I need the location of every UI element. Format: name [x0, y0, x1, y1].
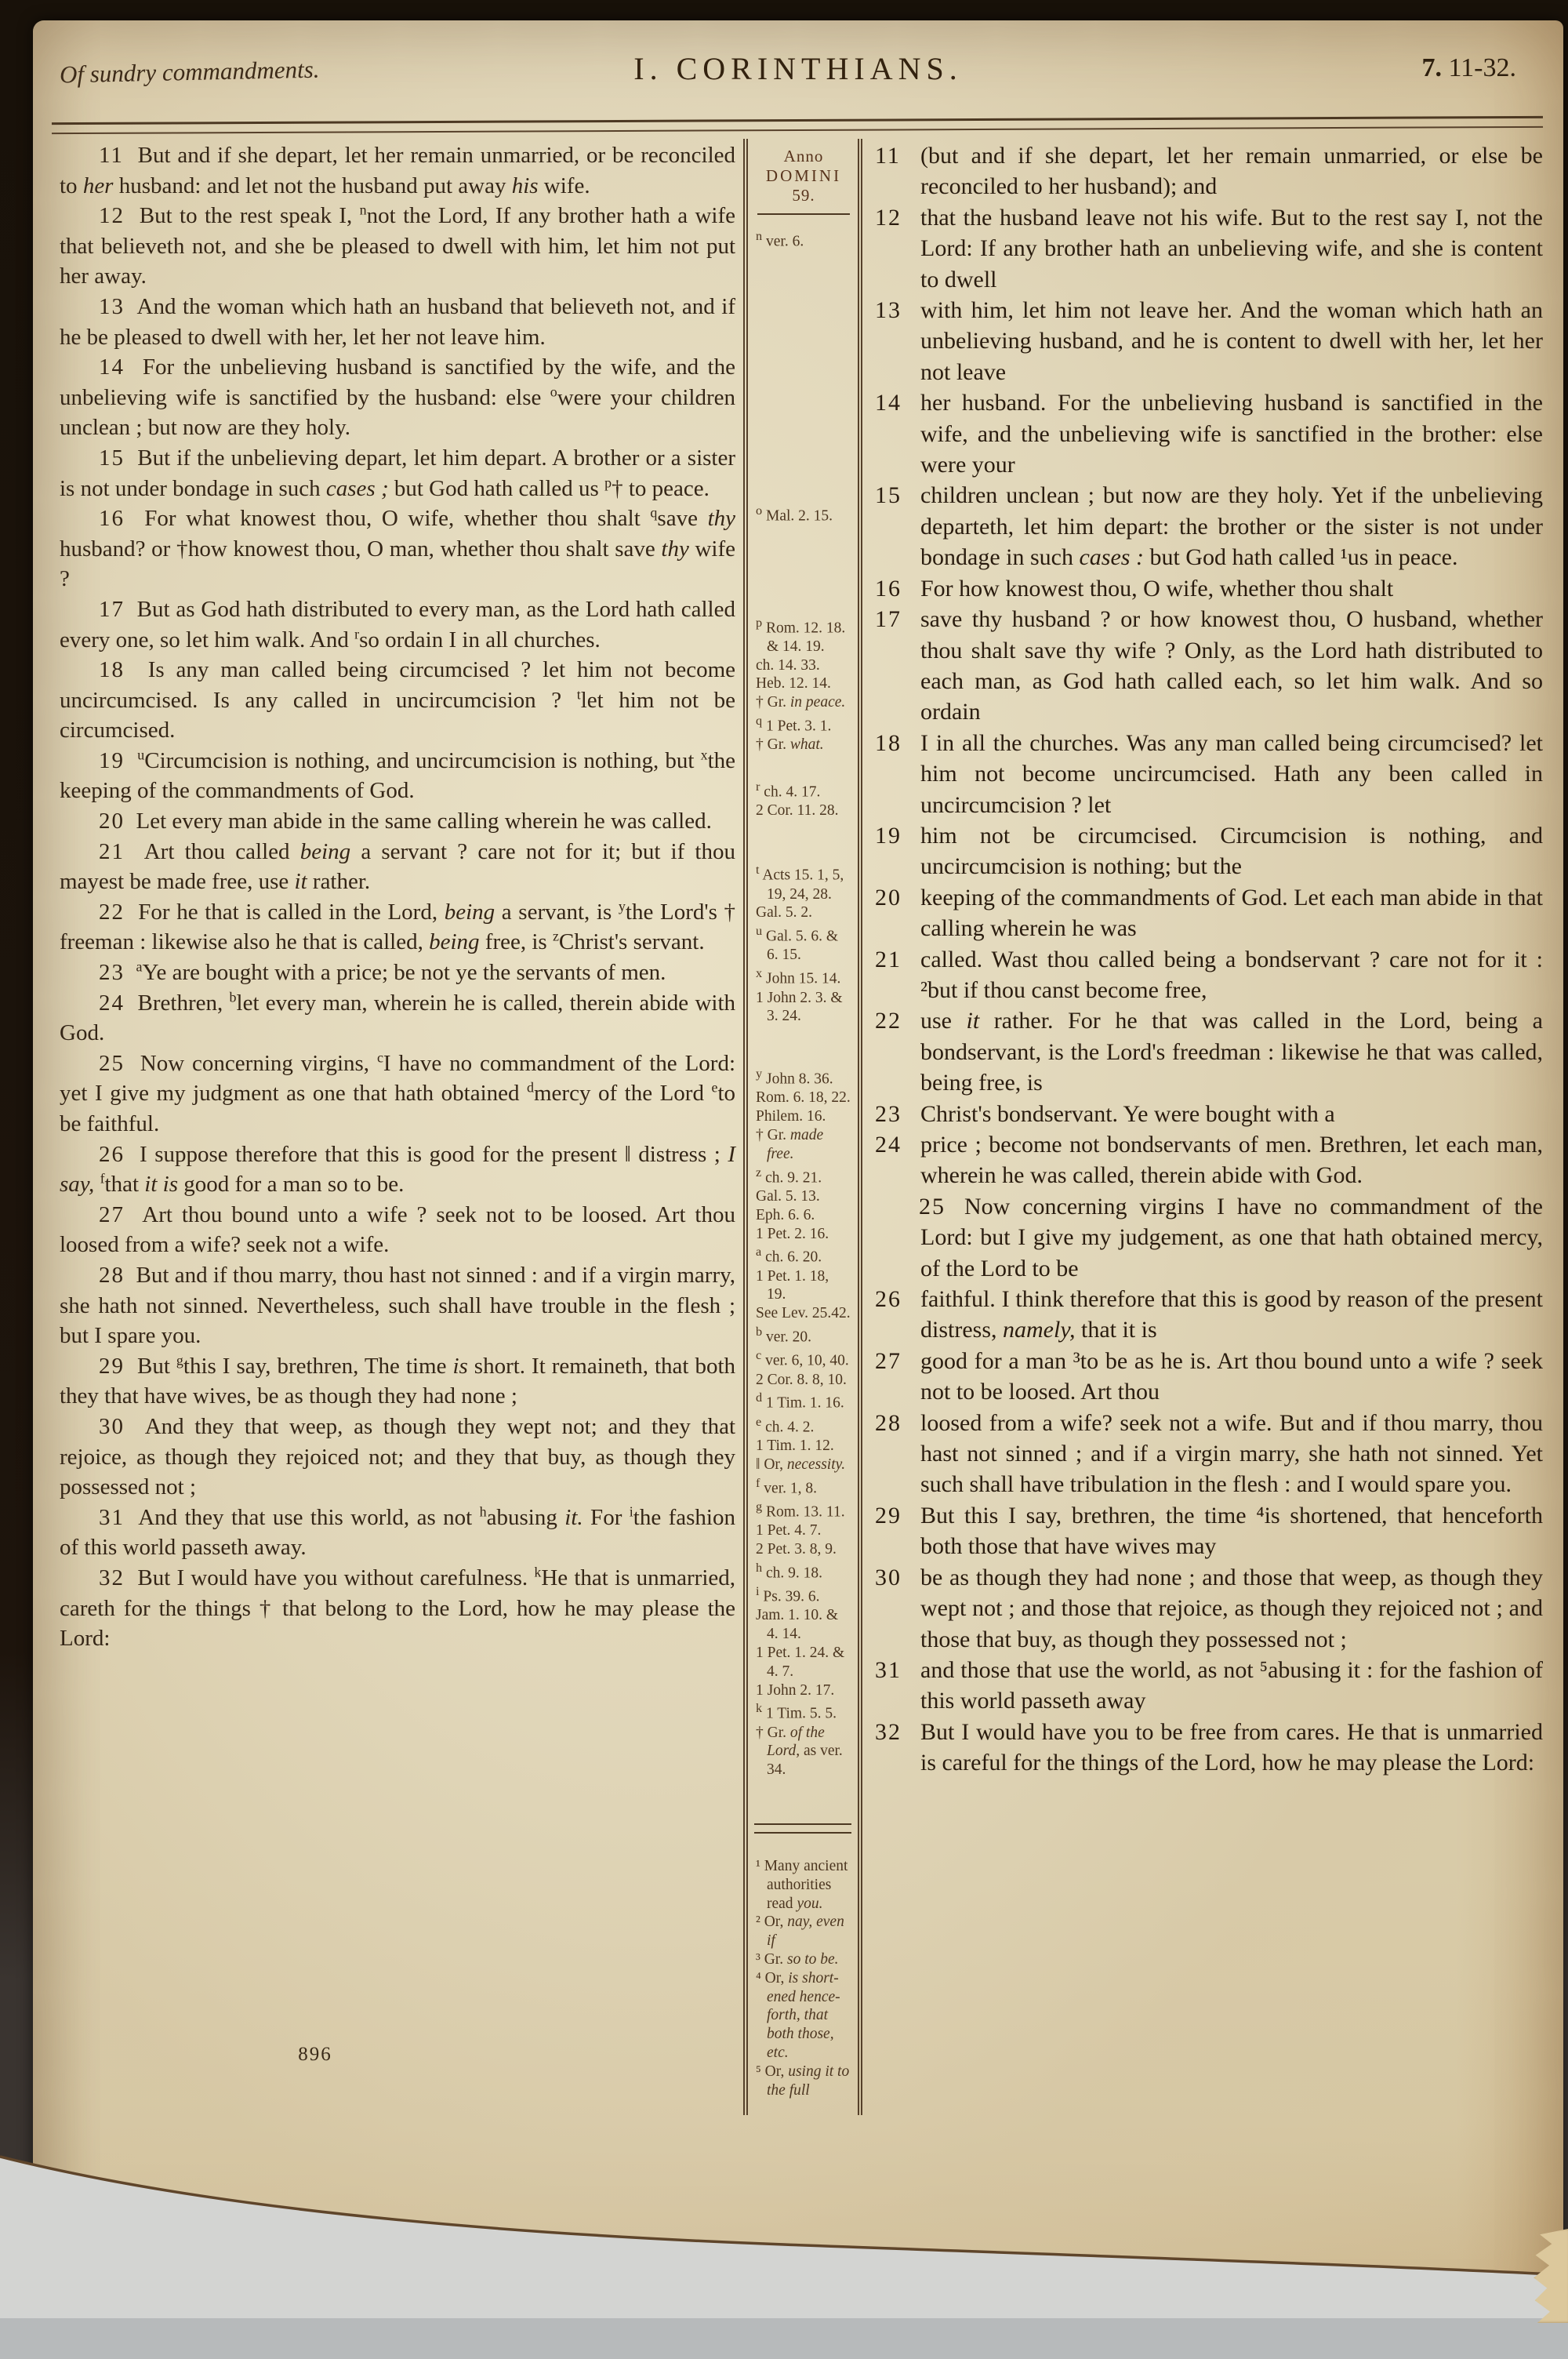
anno-domini-heading: AnnoDOMINI59. — [756, 144, 851, 205]
scanned-bible-page-photo: Of sundry commandments. I. CORINTHIANS. … — [0, 0, 1568, 2359]
margin-note: e ch. 4. 2. — [756, 1413, 851, 1437]
kjv-column: 11 But and if she depart, let her remain… — [56, 139, 743, 2115]
margin-note-group: n ver. 6. — [756, 227, 851, 251]
margin-note: ² Or, nay, even if — [756, 1913, 851, 1950]
margin-note: † Gr. of the Lord, as ver. 34. — [756, 1724, 851, 1779]
margin-note: y John 8. 36. — [756, 1065, 851, 1089]
rv-verse: 19him not be circumcised. Circumcision i… — [875, 820, 1543, 882]
rv-verse: 23Christ's bondservant. Ye were bought w… — [875, 1099, 1543, 1129]
kjv-verse: 16 For what knowest thou, O wife, whethe… — [60, 503, 735, 594]
margin-reference-column: AnnoDOMINI59. n ver. 6.o Mal. 2. 15.p Ro… — [743, 139, 862, 2115]
margin-note: k 1 Tim. 5. 5. — [756, 1699, 851, 1723]
rv-verse: 11(but and if she depart, let her remain… — [875, 140, 1543, 202]
verse-range: 11-32. — [1448, 53, 1516, 82]
kjv-verse: 18 Is any man called being circumcised ?… — [60, 655, 735, 746]
margin-note: Gal. 5. 13. — [756, 1187, 851, 1206]
kjv-verse: 20 Let every man abide in the same calli… — [60, 806, 735, 837]
margin-note: h ch. 9. 18. — [756, 1559, 851, 1583]
margin-note: 1 John 2. 17. — [756, 1681, 851, 1700]
rv-verse: 24price ; become not bondservants of men… — [875, 1129, 1543, 1191]
under-page-edge — [0, 2039, 1568, 2359]
margin-note-group: o Mal. 2. 15. — [756, 502, 851, 525]
kjv-verse: 19 uCircumcision is nothing, and uncircu… — [60, 746, 735, 806]
margin-note: 2 Cor. 8. 8, 10. — [756, 1371, 851, 1390]
margin-note: 1 Pet. 4. 7. — [756, 1521, 851, 1540]
chapter-verse-range: 7. 11-32. — [1421, 53, 1516, 83]
kjv-verse: 24 Brethren, blet every man, wherein he … — [60, 988, 735, 1049]
margin-note: See Lev. 25.42. — [756, 1304, 851, 1323]
margin-divider-rule — [754, 1823, 851, 1834]
rv-verse: 28loosed from a wife? seek not a wife. B… — [875, 1408, 1543, 1500]
margin-note: † Gr. made free. — [756, 1126, 851, 1164]
margin-note: ‖ Or, necessity. — [756, 1456, 851, 1474]
margin-note: 2 Cor. 11. 28. — [756, 801, 851, 820]
margin-note: u Gal. 5. 6. & 6. 15. — [756, 922, 851, 965]
rv-verse: 12that the husband leave not his wife. B… — [875, 202, 1543, 295]
rv-verse: 16For how knowest thou, O wife, whether … — [875, 573, 1543, 604]
margin-note: d 1 Tim. 1. 16. — [756, 1389, 851, 1412]
margin-note: i Ps. 39. 6. — [756, 1583, 851, 1606]
margin-note: r ch. 4. 17. — [756, 778, 851, 801]
kjv-verse: 31 And they that use this world, as not … — [60, 1503, 735, 1563]
margin-note: ch. 14. 33. — [756, 656, 851, 675]
kjv-verse: 15 But if the unbelieving depart, let hi… — [60, 443, 735, 503]
margin-note: x John 15. 14. — [756, 965, 851, 988]
kjv-verse: 29 But gthis I say, brethren, The time i… — [60, 1351, 735, 1412]
rv-verse: 31and those that use the world, as not ⁵… — [875, 1655, 1543, 1717]
margin-note: Philem. 16. — [756, 1107, 851, 1126]
margin-notes: n ver. 6.o Mal. 2. 15.p Rom. 12. 18. & 1… — [756, 227, 851, 2099]
rv-verse: 22use it rather. For he that was called … — [875, 1005, 1543, 1098]
margin-note: c ver. 6, 10, 40. — [756, 1347, 851, 1370]
margin-note: f ver. 1, 8. — [756, 1474, 851, 1498]
margin-note: Heb. 12. 14. — [756, 674, 851, 693]
margin-note: t Acts 15. 1, 5, 19, 24, 28. — [756, 861, 851, 903]
kjv-verse: 27 Art thou bound unto a wife ? seek not… — [60, 1200, 735, 1260]
margin-note: Eph. 6. 6. — [756, 1206, 851, 1225]
rv-verse: 18I in all the churches. Was any man cal… — [875, 728, 1543, 820]
margin-note: Rom. 6. 18, 22. — [756, 1089, 851, 1107]
anno-domini-rule — [757, 213, 850, 215]
rv-column: 11(but and if she depart, let her remain… — [862, 139, 1543, 2115]
rv-verse: 26faithful. I think therefore that this … — [875, 1284, 1543, 1346]
rv-verse: 27good for a man ³to be as he is. Art th… — [875, 1346, 1543, 1408]
kjv-verse: 26 I suppose therefore that this is good… — [60, 1140, 735, 1200]
margin-note: 2 Pet. 3. 8, 9. — [756, 1540, 851, 1559]
text-columns: 11 But and if she depart, let her remain… — [56, 139, 1543, 2115]
margin-note: q 1 Pet. 3. 1. — [756, 712, 851, 736]
margin-note: g Rom. 13. 11. — [756, 1498, 851, 1521]
margin-note-group: r ch. 4. 17.2 Cor. 11. 28. — [756, 778, 851, 820]
kjv-verse: 13 And the woman which hath an husband t… — [60, 292, 735, 352]
kjv-verse: 28 But and if thou marry, thou hast not … — [60, 1260, 735, 1351]
rv-verse: 21called. Wast thou called being a bonds… — [875, 944, 1543, 1006]
anno-domini-line: DOMINI — [756, 166, 851, 186]
rv-verse: 17save thy husband ? or how knowest thou… — [875, 604, 1543, 728]
margin-note: 1 Pet. 1. 18, 19. — [756, 1267, 851, 1305]
rv-verse: 32But I would have you to be free from c… — [875, 1717, 1543, 1779]
rv-verse: 13with him, let him not leave her. And t… — [875, 295, 1543, 387]
chapter-number: 7. — [1421, 53, 1442, 82]
margin-note-group: p Rom. 12. 18. & 14. 19.ch. 14. 33.Heb. … — [756, 614, 851, 755]
header-rule — [52, 116, 1543, 134]
margin-note-group: y John 8. 36.Rom. 6. 18, 22.Philem. 16.†… — [756, 1065, 851, 1779]
margin-note: † Gr. what. — [756, 736, 851, 754]
book-title: I. CORINTHIANS. — [33, 50, 1563, 87]
rv-verse: 29But this I say, brethren, the time ⁴is… — [875, 1500, 1543, 1562]
kjv-verse: 22 For he that is called in the Lord, be… — [60, 897, 735, 958]
anno-domini-line: 59. — [756, 186, 851, 205]
kjv-verse: 32 But I would have you without carefuln… — [60, 1563, 735, 1654]
margin-note: 1 Pet. 1. 24. & 4. 7. — [756, 1644, 851, 1681]
margin-note: p Rom. 12. 18. & 14. 19. — [756, 614, 851, 656]
margin-note: † Gr. in peace. — [756, 693, 851, 712]
margin-note: z ch. 9. 21. — [756, 1164, 851, 1187]
rv-verse: 14her husband. For the unbelieving husba… — [875, 387, 1543, 480]
margin-note: Gal. 5. 2. — [756, 903, 851, 922]
margin-note: Jam. 1. 10. & 4. 14. — [756, 1606, 851, 1644]
kjv-verse: 17 But as God hath distributed to every … — [60, 594, 735, 655]
margin-note: ³ Gr. so to be. — [756, 1950, 851, 1969]
margin-note: b ver. 20. — [756, 1323, 851, 1347]
book-page: Of sundry commandments. I. CORINTHIANS. … — [33, 20, 1563, 2334]
rv-verse: 20keeping of the commandments of God. Le… — [875, 882, 1543, 944]
kjv-verse: 23 aYe are bought with a price; be not y… — [60, 958, 735, 988]
kjv-verse: 21 Art thou called being a servant ? car… — [60, 837, 735, 897]
margin-note: n ver. 6. — [756, 227, 851, 251]
rv-verse: 15children unclean ; but now are they ho… — [875, 480, 1543, 572]
rv-verse: 25Now concerning virgins I have no comma… — [875, 1191, 1543, 1284]
margin-note: ¹ Many ancient authorities read you. — [756, 1857, 851, 1913]
kjv-verse: 11 But and if she depart, let her remain… — [60, 140, 735, 201]
margin-note: o Mal. 2. 15. — [756, 502, 851, 525]
kjv-verse: 14 For the unbelieving husband is sancti… — [60, 352, 735, 443]
margin-note: 1 John 2. 3. & 3. 24. — [756, 989, 851, 1027]
anno-domini-line: Anno — [756, 147, 851, 166]
kjv-verse: 12 But to the rest speak I, nnot the Lor… — [60, 201, 735, 292]
margin-note: 1 Pet. 2. 16. — [756, 1225, 851, 1244]
rv-verse: 30be as though they had none ; and those… — [875, 1562, 1543, 1655]
kjv-verse: 25 Now concerning virgins, cI have no co… — [60, 1049, 735, 1140]
margin-note: a ch. 6. 20. — [756, 1243, 851, 1267]
page-header: Of sundry commandments. I. CORINTHIANS. … — [33, 20, 1563, 107]
margin-note-group: t Acts 15. 1, 5, 19, 24, 28.Gal. 5. 2.u … — [756, 861, 851, 1026]
margin-note: 1 Tim. 1. 12. — [756, 1437, 851, 1456]
kjv-verse: 30 And they that weep, as though they we… — [60, 1412, 735, 1503]
